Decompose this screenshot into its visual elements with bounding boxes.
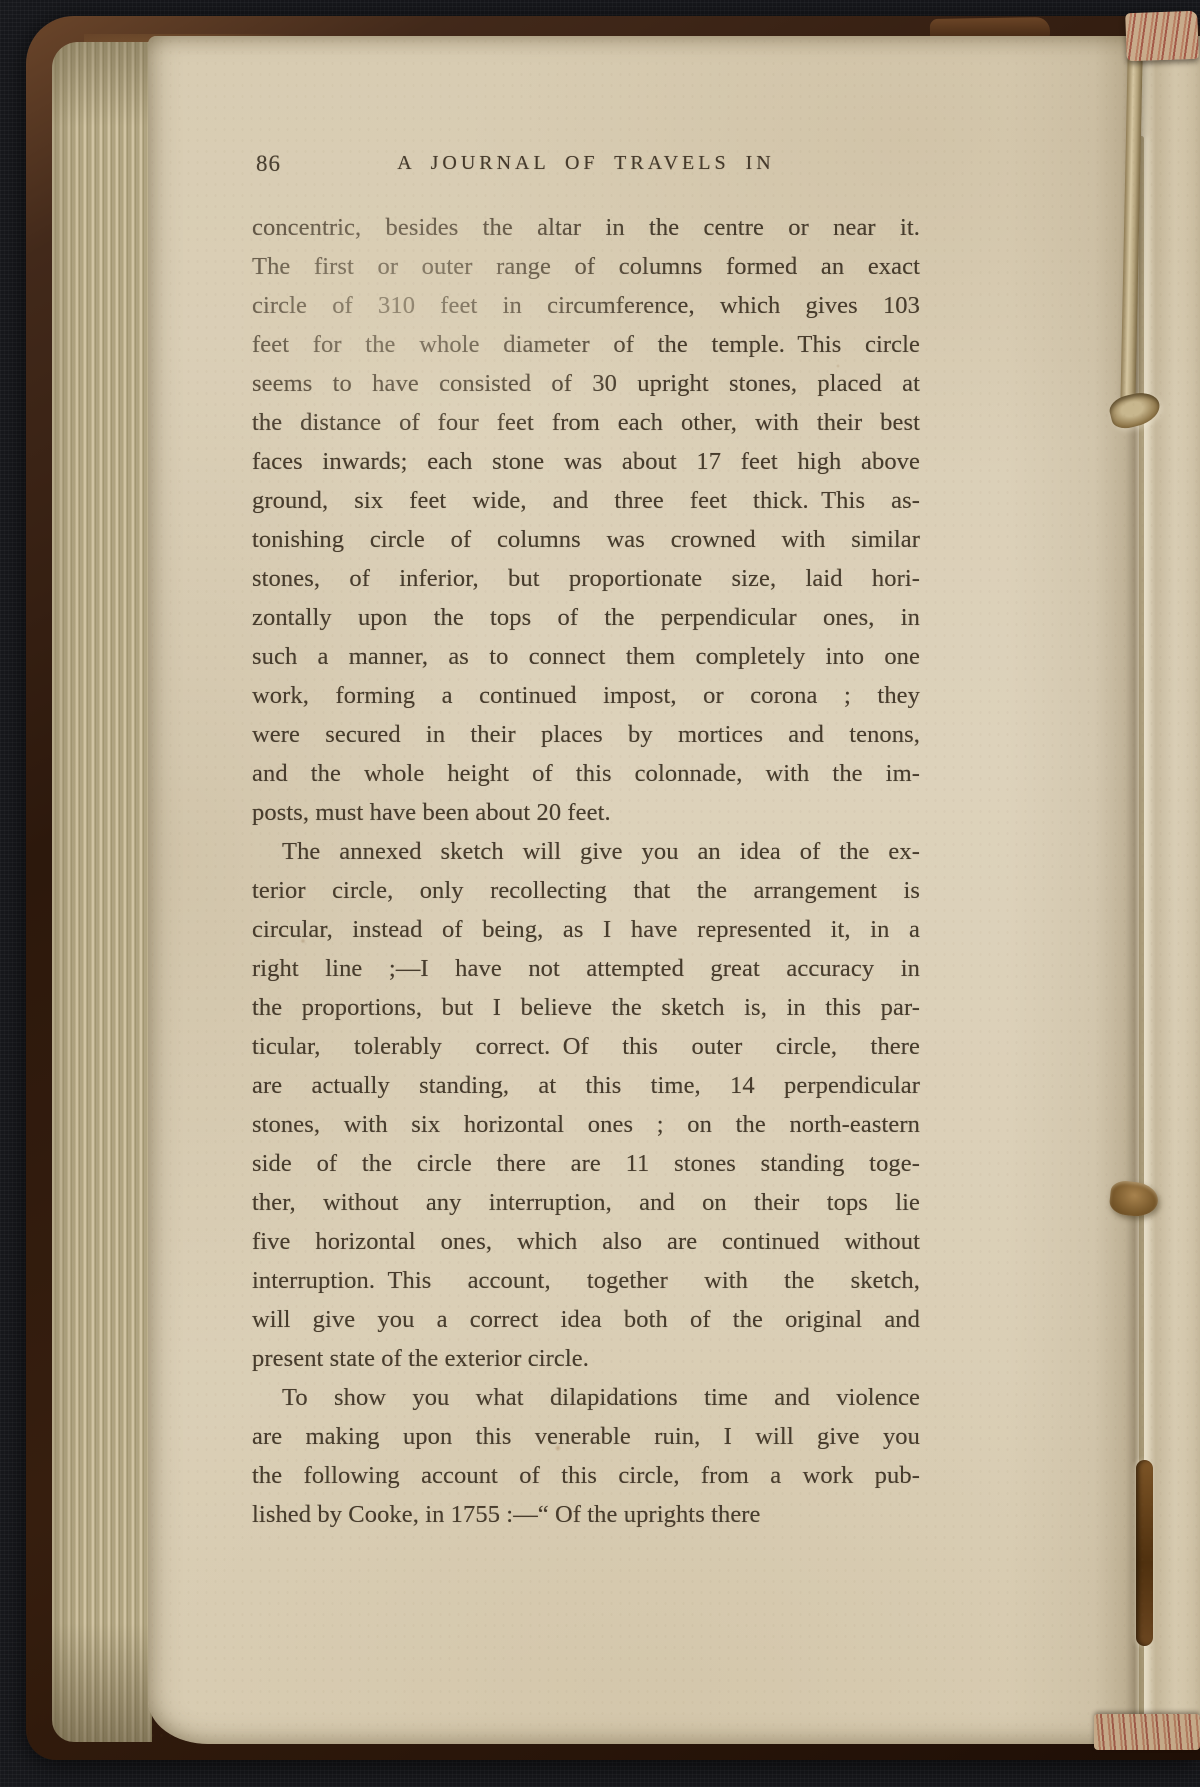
text-line: work, forming a continued impost, or cor… — [252, 676, 920, 715]
text-line: The first or outer range of columns form… — [252, 247, 920, 286]
binding-thread-bottom — [1136, 1460, 1153, 1646]
text-line: stones, of inferior, but proportionate s… — [252, 559, 920, 598]
text-line: ground, six feet wide, and three feet th… — [252, 481, 920, 520]
text-line: posts, must have been about 20 feet. — [252, 793, 920, 832]
text-line: seems to have consisted of 30 upright st… — [252, 364, 920, 403]
text-line: present state of the exterior circle. — [252, 1339, 920, 1378]
text-line: circular, instead of being, as I have re… — [252, 910, 920, 949]
text-line: side of the circle there are 11 stones s… — [252, 1144, 920, 1183]
text-line: circle of 310 feet in circumference, whi… — [252, 286, 920, 325]
page-fore-edge-stack — [52, 42, 152, 1742]
text-line: terior circle, only recollecting that th… — [252, 871, 920, 910]
text-line: right line ;—I have not attempted great … — [252, 949, 920, 988]
printed-content: 86 A JOURNAL OF TRAVELS IN concentric, b… — [252, 148, 920, 1534]
text-line: interruption. This account, together wit… — [252, 1261, 920, 1300]
text-line: concentric, besides the altar in the cen… — [252, 208, 920, 247]
text-line: stones, with six horizontal ones ; on th… — [252, 1105, 920, 1144]
text-line: the proportions, but I believe the sketc… — [252, 988, 920, 1027]
text-line: the distance of four feet from each othe… — [252, 403, 920, 442]
text-line: are making upon this venerable ruin, I w… — [252, 1417, 920, 1456]
text-line: will give you a correct idea both of the… — [252, 1300, 920, 1339]
text-line: faces inwards; each stone was about 17 f… — [252, 442, 920, 481]
text-line: To show you what dilapidations time and … — [252, 1378, 920, 1417]
gutter-shadow — [1008, 36, 1200, 1744]
text-line: tonishing circle of columns was crowned … — [252, 520, 920, 559]
text-line: the following account of this circle, fr… — [252, 1456, 920, 1495]
book-page: 86 A JOURNAL OF TRAVELS IN concentric, b… — [148, 36, 1200, 1744]
text-line: such a manner, as to connect them comple… — [252, 637, 920, 676]
scanned-book-photo: 86 A JOURNAL OF TRAVELS IN concentric, b… — [0, 0, 1200, 1787]
text-line: and the whole height of this colonnade, … — [252, 754, 920, 793]
running-title: A JOURNAL OF TRAVELS IN — [252, 152, 920, 175]
text-line: ther, without any interruption, and on t… — [252, 1183, 920, 1222]
binding-tape-bottom — [1094, 1714, 1200, 1750]
text-line: five horizontal ones, which also are con… — [252, 1222, 920, 1261]
text-line: ticular, tolerably correct. Of this oute… — [252, 1027, 920, 1066]
text-line: were secured in their places by mortices… — [252, 715, 920, 754]
text-line: lished by Cooke, in 1755 :—“ Of the upri… — [252, 1495, 920, 1534]
text-line: feet for the whole diameter of the templ… — [252, 325, 920, 364]
text-line: zontally upon the tops of the perpendicu… — [252, 598, 920, 637]
text-line: The annexed sketch will give you an idea… — [252, 832, 920, 871]
page-header: 86 A JOURNAL OF TRAVELS IN — [252, 148, 920, 182]
text-line: are actually standing, at this time, 14 … — [252, 1066, 920, 1105]
text-column: concentric, besides the altar in the cen… — [252, 208, 920, 1534]
binding-tape-top — [1125, 11, 1199, 61]
